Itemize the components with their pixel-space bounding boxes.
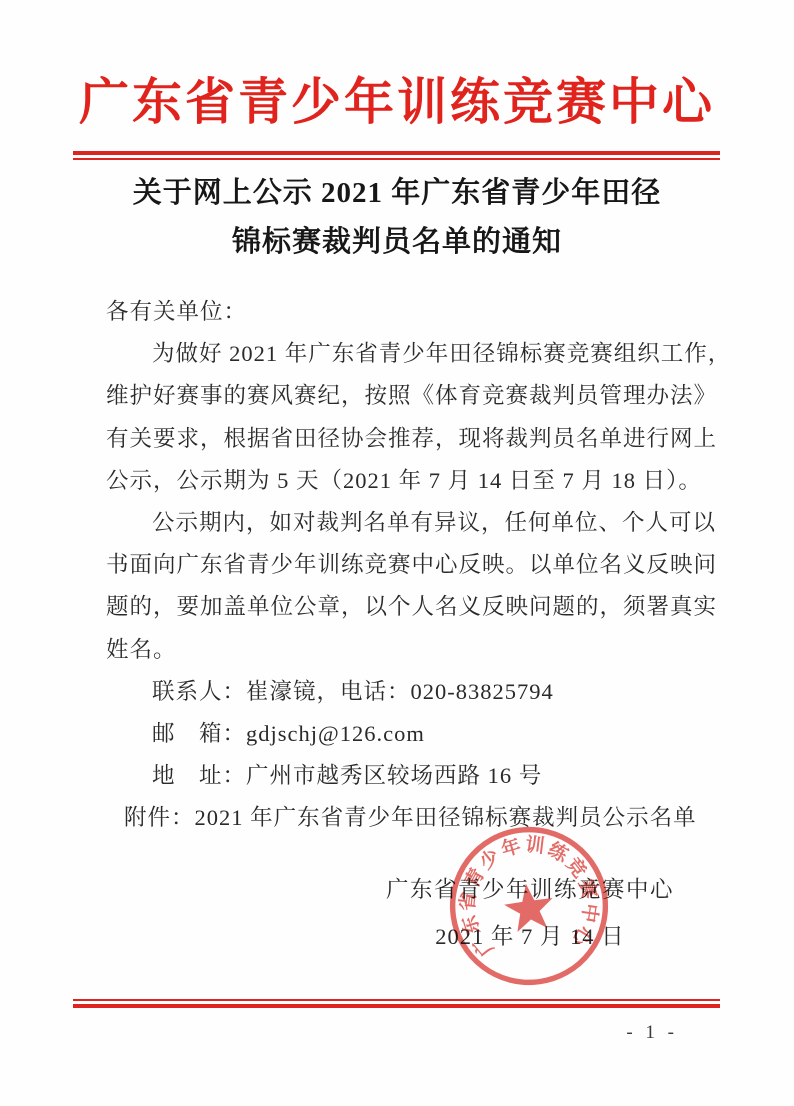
document-title-line1: 关于网上公示 2021 年广东省青少年田径 (0, 169, 794, 218)
body-line-contact: 联系人：崔濠镜，电话：020-83825794 (106, 671, 726, 713)
body-line: 书面向广东省青少年训练竞赛中心反映。以单位名义反映问 (106, 544, 726, 586)
body-line: 有关要求，根据省田径协会推荐，现将裁判员名单进行网上 (106, 418, 726, 460)
separator-thin-line (73, 158, 720, 160)
signature-date: 2021 年 7 月 14 日 (380, 919, 680, 951)
document-title-line2: 锦标赛裁判员名单的通知 (0, 218, 794, 267)
official-seal: 广东省青少年训练竞赛中心 (435, 812, 622, 999)
body-line: 维护好赛事的赛风赛纪，按照《体育竞赛裁判员管理办法》 (106, 375, 726, 417)
document-body: 各有关单位： 为做好 2021 年广东省青少年田径锦标赛竞赛组织工作， 维护好赛… (106, 291, 726, 839)
document-page: 广东省青少年训练竞赛中心 关于网上公示 2021 年广东省青少年田径 锦标赛裁判… (0, 0, 794, 1106)
body-line-attachment: 附件：2021 年广东省青少年田径锦标赛裁判员公示名单 (106, 797, 726, 839)
body-line: 公示，公示期为 5 天（2021 年 7 月 14 日至 7 月 18 日）。 (106, 460, 726, 502)
body-line-address: 地 址：广州市越秀区较场西路 16 号 (106, 755, 726, 797)
body-line-salutation: 各有关单位： (106, 291, 726, 333)
body-line: 题的，要加盖单位公章，以个人名义反映问题的，须署真实 (106, 586, 726, 628)
body-line: 公示期内，如对裁判名单有异议，任何单位、个人可以 (106, 502, 726, 544)
seal-ring (443, 820, 615, 992)
signature-org-name: 广东省青少年训练竞赛中心 (380, 872, 680, 904)
page-number: - 1 - (626, 1022, 678, 1044)
body-line-email: 邮 箱：gdjschj@126.com (106, 713, 726, 755)
letterhead-separator (73, 151, 720, 160)
letterhead-org-name: 广东省青少年训练竞赛中心 (0, 62, 794, 134)
body-line: 姓名。 (106, 629, 726, 671)
document-title: 关于网上公示 2021 年广东省青少年田径 锦标赛裁判员名单的通知 (0, 169, 794, 267)
footer-separator (73, 999, 720, 1008)
separator-thick-line (73, 1004, 720, 1008)
body-line: 为做好 2021 年广东省青少年田径锦标赛竞赛组织工作， (106, 333, 726, 375)
